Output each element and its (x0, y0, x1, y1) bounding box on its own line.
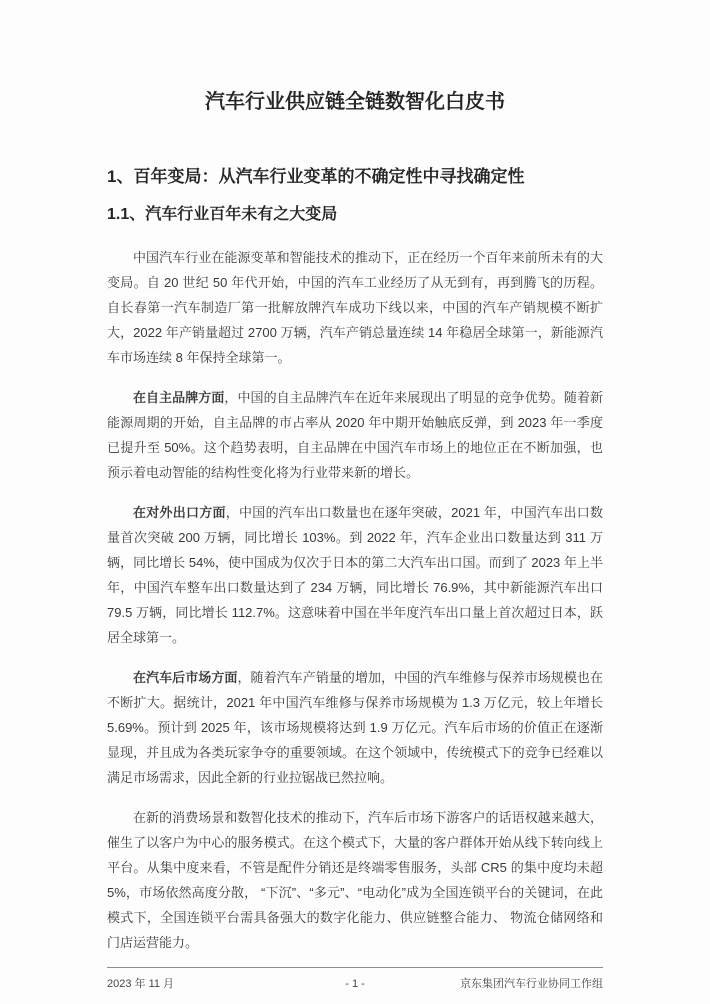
paragraph-4-lead: 在汽车后市场方面 (133, 670, 237, 685)
paragraph-3-text: ，中国的汽车出口数量也在逐年突破，2021 年，中国汽车出口数量首次突破 200… (107, 505, 603, 645)
document-title: 汽车行业供应链全链数智化白皮书 (107, 88, 603, 116)
footer-row: 2023 年 11 月 - 1 - 京东集团汽车行业协同工作组 (107, 968, 603, 992)
footer-organization: 京东集团汽车行业协同工作组 (365, 977, 603, 992)
document-page: 汽车行业供应链全链数智化白皮书 1、百年变局：从汽车行业变革的不确定性中寻找确定… (0, 0, 710, 1004)
document-viewport: 汽车行业供应链全链数智化白皮书 1、百年变局：从汽车行业变革的不确定性中寻找确定… (0, 0, 710, 1004)
page-footer: 2023 年 11 月 - 1 - 京东集团汽车行业协同工作组 (107, 967, 603, 992)
paragraph-3: 在对外出口方面，中国的汽车出口数量也在逐年突破，2021 年，中国汽车出口数量首… (107, 500, 603, 650)
footer-date: 2023 年 11 月 (107, 977, 345, 992)
paragraph-4: 在汽车后市场方面，随着汽车产销量的增加，中国的汽车维修与保养市场规模也在不断扩大… (107, 665, 603, 790)
paragraph-5-text: 在新的消费场景和数智化技术的推动下，汽车后市场下游客户的话语权越来越大，催生了以… (107, 810, 603, 950)
paragraph-2: 在自主品牌方面，中国的自主品牌汽车在近年来展现出了明显的竞争优势。随着新能源周期… (107, 385, 603, 485)
paragraph-3-lead: 在对外出口方面 (133, 505, 226, 520)
paragraph-2-lead: 在自主品牌方面 (133, 390, 224, 405)
paragraph-5: 在新的消费场景和数智化技术的推动下，汽车后市场下游客户的话语权越来越大，催生了以… (107, 805, 603, 955)
section-heading: 1、百年变局：从汽车行业变革的不确定性中寻找确定性 (107, 165, 603, 189)
paragraph-1: 中国汽车行业在能源变革和智能技术的推动下，正在经历一个百年来前所未有的大变局。自… (107, 245, 603, 370)
paragraph-1-text: 中国汽车行业在能源变革和智能技术的推动下，正在经历一个百年来前所未有的大变局。自… (107, 250, 603, 365)
page-number: - 1 - (345, 977, 365, 992)
subsection-heading: 1.1、汽车行业百年未有之大变局 (107, 204, 603, 226)
paragraph-4-text: ，随着汽车产销量的增加，中国的汽车维修与保养市场规模也在不断扩大。据统计，202… (107, 670, 603, 785)
